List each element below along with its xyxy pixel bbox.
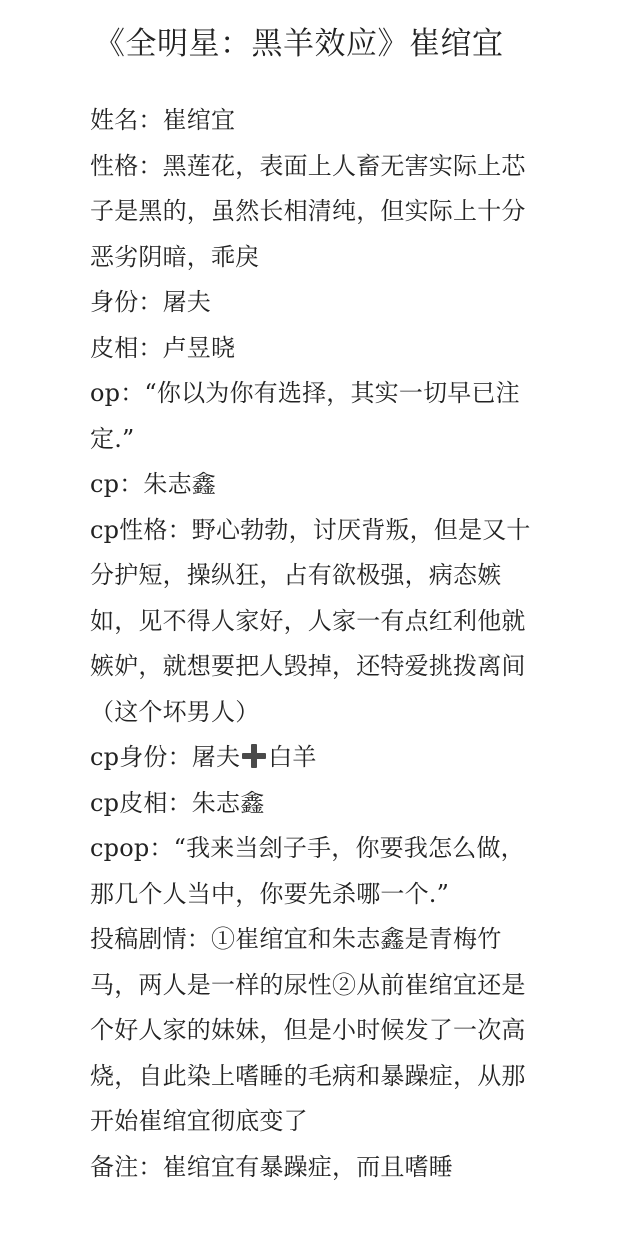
- text-line-plot: 投稿剧情：①崔绾宜和朱志鑫是青梅竹: [90, 917, 560, 963]
- text-line: 子是黑的，虽然长相清纯，但实际上十分: [90, 189, 560, 235]
- cp-identity-before: cp身份：屠夫: [90, 743, 240, 771]
- text-line: 烧，自此染上嗜睡的毛病和暴躁症，从那: [90, 1054, 560, 1100]
- text-line: 如，见不得人家好，人家一有点红利他就: [90, 599, 560, 645]
- text-line-personality: 性格：黑莲花，表面上人畜无害实际上芯: [90, 144, 560, 190]
- document-body: 姓名：崔绾宜 性格：黑莲花，表面上人畜无害实际上芯 子是黑的，虽然长相清纯，但实…: [90, 98, 560, 1190]
- heavy-plus-icon: [241, 743, 267, 769]
- text-line-appearance: 皮相：卢昱晓: [90, 326, 560, 372]
- text-line: 马，两人是一样的尿性②从前崔绾宜还是: [90, 963, 560, 1009]
- text-line-cpop: cpop：“我来当刽子手，你要我怎么做，: [90, 826, 560, 872]
- text-line-cp: cp：朱志鑫: [90, 462, 560, 508]
- text-line-name: 姓名：崔绾宜: [90, 98, 560, 144]
- text-line-identity: 身份：屠夫: [90, 280, 560, 326]
- text-line: 个好人家的妹妹，但是小时候发了一次高: [90, 1008, 560, 1054]
- text-line: 开始崔绾宜彻底变了: [90, 1099, 560, 1145]
- text-line-cp-identity: cp身份：屠夫白羊: [90, 735, 560, 781]
- text-line-cp-appearance: cp皮相：朱志鑫: [90, 781, 560, 827]
- text-line-cp-personality: cp性格：野心勃勃，讨厌背叛，但是又十: [90, 508, 560, 554]
- text-line: 嫉妒，就想要把人毁掉，还特爱挑拨离间: [90, 644, 560, 690]
- text-line: 分护短，操纵狂，占有欲极强，病态嫉: [90, 553, 560, 599]
- text-line: （这个坏男人）: [90, 690, 560, 736]
- text-line-op: op：“你以为你有选择，其实一切早已注: [90, 371, 560, 417]
- document-title: 《全明星：黑羊效应》崔绾宜: [94, 22, 504, 66]
- cp-identity-after: 白羊: [268, 743, 316, 771]
- text-line: 恶劣阴暗，乖戾: [90, 235, 560, 281]
- text-line-note: 备注：崔绾宜有暴躁症，而且嗜睡: [90, 1145, 560, 1191]
- text-line: 定.”: [90, 417, 560, 463]
- text-line: 那几个人当中，你要先杀哪一个.”: [90, 872, 560, 918]
